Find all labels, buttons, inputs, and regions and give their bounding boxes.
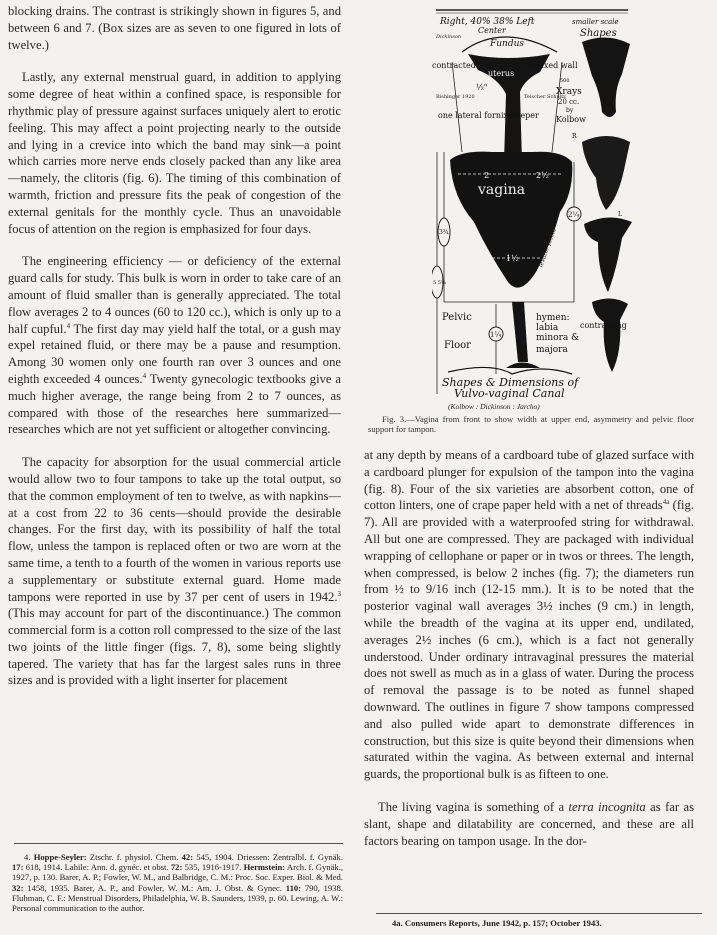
svg-text:contracting: contracting (580, 321, 627, 330)
footnote-4: 4. Hoppe-Seyler: Ztschr. f. physiol. Che… (12, 852, 343, 913)
svg-text:labia: labia (536, 323, 559, 333)
svg-text:Dickinson: Dickinson (435, 34, 461, 40)
svg-text:majora: majora (536, 345, 568, 355)
figure-3-illustration: Right, 40% 38% Left Center Dickinson Fun… (432, 2, 632, 402)
paragraph-capacity: The capacity for absorption for the usua… (8, 454, 341, 689)
svg-text:2¼: 2¼ (568, 211, 579, 219)
svg-text:3¾: 3¾ (439, 229, 449, 236)
paragraph-drains: blocking drains. The contrast is strikin… (8, 3, 341, 53)
svg-text:R: R (572, 133, 577, 140)
svg-text:one lateral fornix deeper: one lateral fornix deeper (438, 111, 539, 120)
svg-text:2½: 2½ (536, 171, 549, 180)
svg-text:½": ½" (476, 83, 487, 92)
svg-text:hymen:: hymen: (536, 313, 570, 323)
footnote-divider-right (376, 913, 702, 914)
svg-text:Center: Center (478, 26, 507, 35)
svg-text:5 5¼: 5 5¼ (433, 279, 446, 286)
paragraph-inserter: at any depth by means of a cardboard tub… (364, 447, 694, 783)
paragraph-engineering: The engineering efficiency — or deficien… (8, 253, 341, 438)
svg-text:2: 2 (484, 171, 489, 180)
svg-text:uterus: uterus (488, 69, 514, 78)
svg-text:Xrays: Xrays (556, 87, 582, 97)
xray-shape-1 (582, 37, 630, 117)
svg-text:by: by (566, 107, 574, 114)
svg-text:1½: 1½ (506, 254, 519, 263)
svg-text:smaller scale: smaller scale (572, 18, 619, 26)
figure-caption: Fig. 3.—Vagina from front to show width … (368, 414, 694, 434)
xray-shape-2 (582, 136, 630, 210)
svg-text:Kolbow: Kolbow (556, 115, 586, 124)
footnote-divider-left (14, 843, 343, 844)
svg-text:Pelvic: Pelvic (442, 312, 472, 323)
footnote-4a: 4a. Consumers Reports, June 1942, p. 157… (392, 918, 702, 928)
svg-text:Fundus: Fundus (489, 39, 524, 49)
left-column: blocking drains. The contrast is strikin… (8, 3, 341, 689)
label-vagina: vagina (477, 182, 525, 198)
xray-shape-4 (592, 298, 628, 372)
svg-text:L: L (618, 211, 622, 218)
svg-text:contracted wall: contracted wall (432, 61, 496, 70)
svg-text:20 cc.: 20 cc. (558, 98, 579, 106)
svg-text:minora &: minora & (536, 333, 579, 343)
svg-text:Shapes: Shapes (580, 28, 617, 39)
vulvo-vaginal-diagram: Right, 40% 38% Left Center Dickinson Fun… (432, 2, 632, 402)
xray-shape-3 (584, 217, 632, 292)
figure-credits: (Kolbow : Dickinson : Jarcho) (448, 402, 540, 411)
paragraph-living-vagina: The living vagina is something of a terr… (364, 799, 694, 849)
paragraph-external-guard: Lastly, any external menstrual guard, in… (8, 69, 341, 237)
svg-text:relaxed wall: relaxed wall (528, 61, 578, 70)
svg-text:500: 500 (560, 78, 570, 84)
svg-text:1¼: 1¼ (490, 331, 501, 339)
figure-title-line-2: Vulvo-vaginal Canal (454, 387, 565, 400)
svg-text:Floor: Floor (444, 340, 471, 351)
right-column: at any depth by means of a cardboard tub… (364, 447, 694, 849)
